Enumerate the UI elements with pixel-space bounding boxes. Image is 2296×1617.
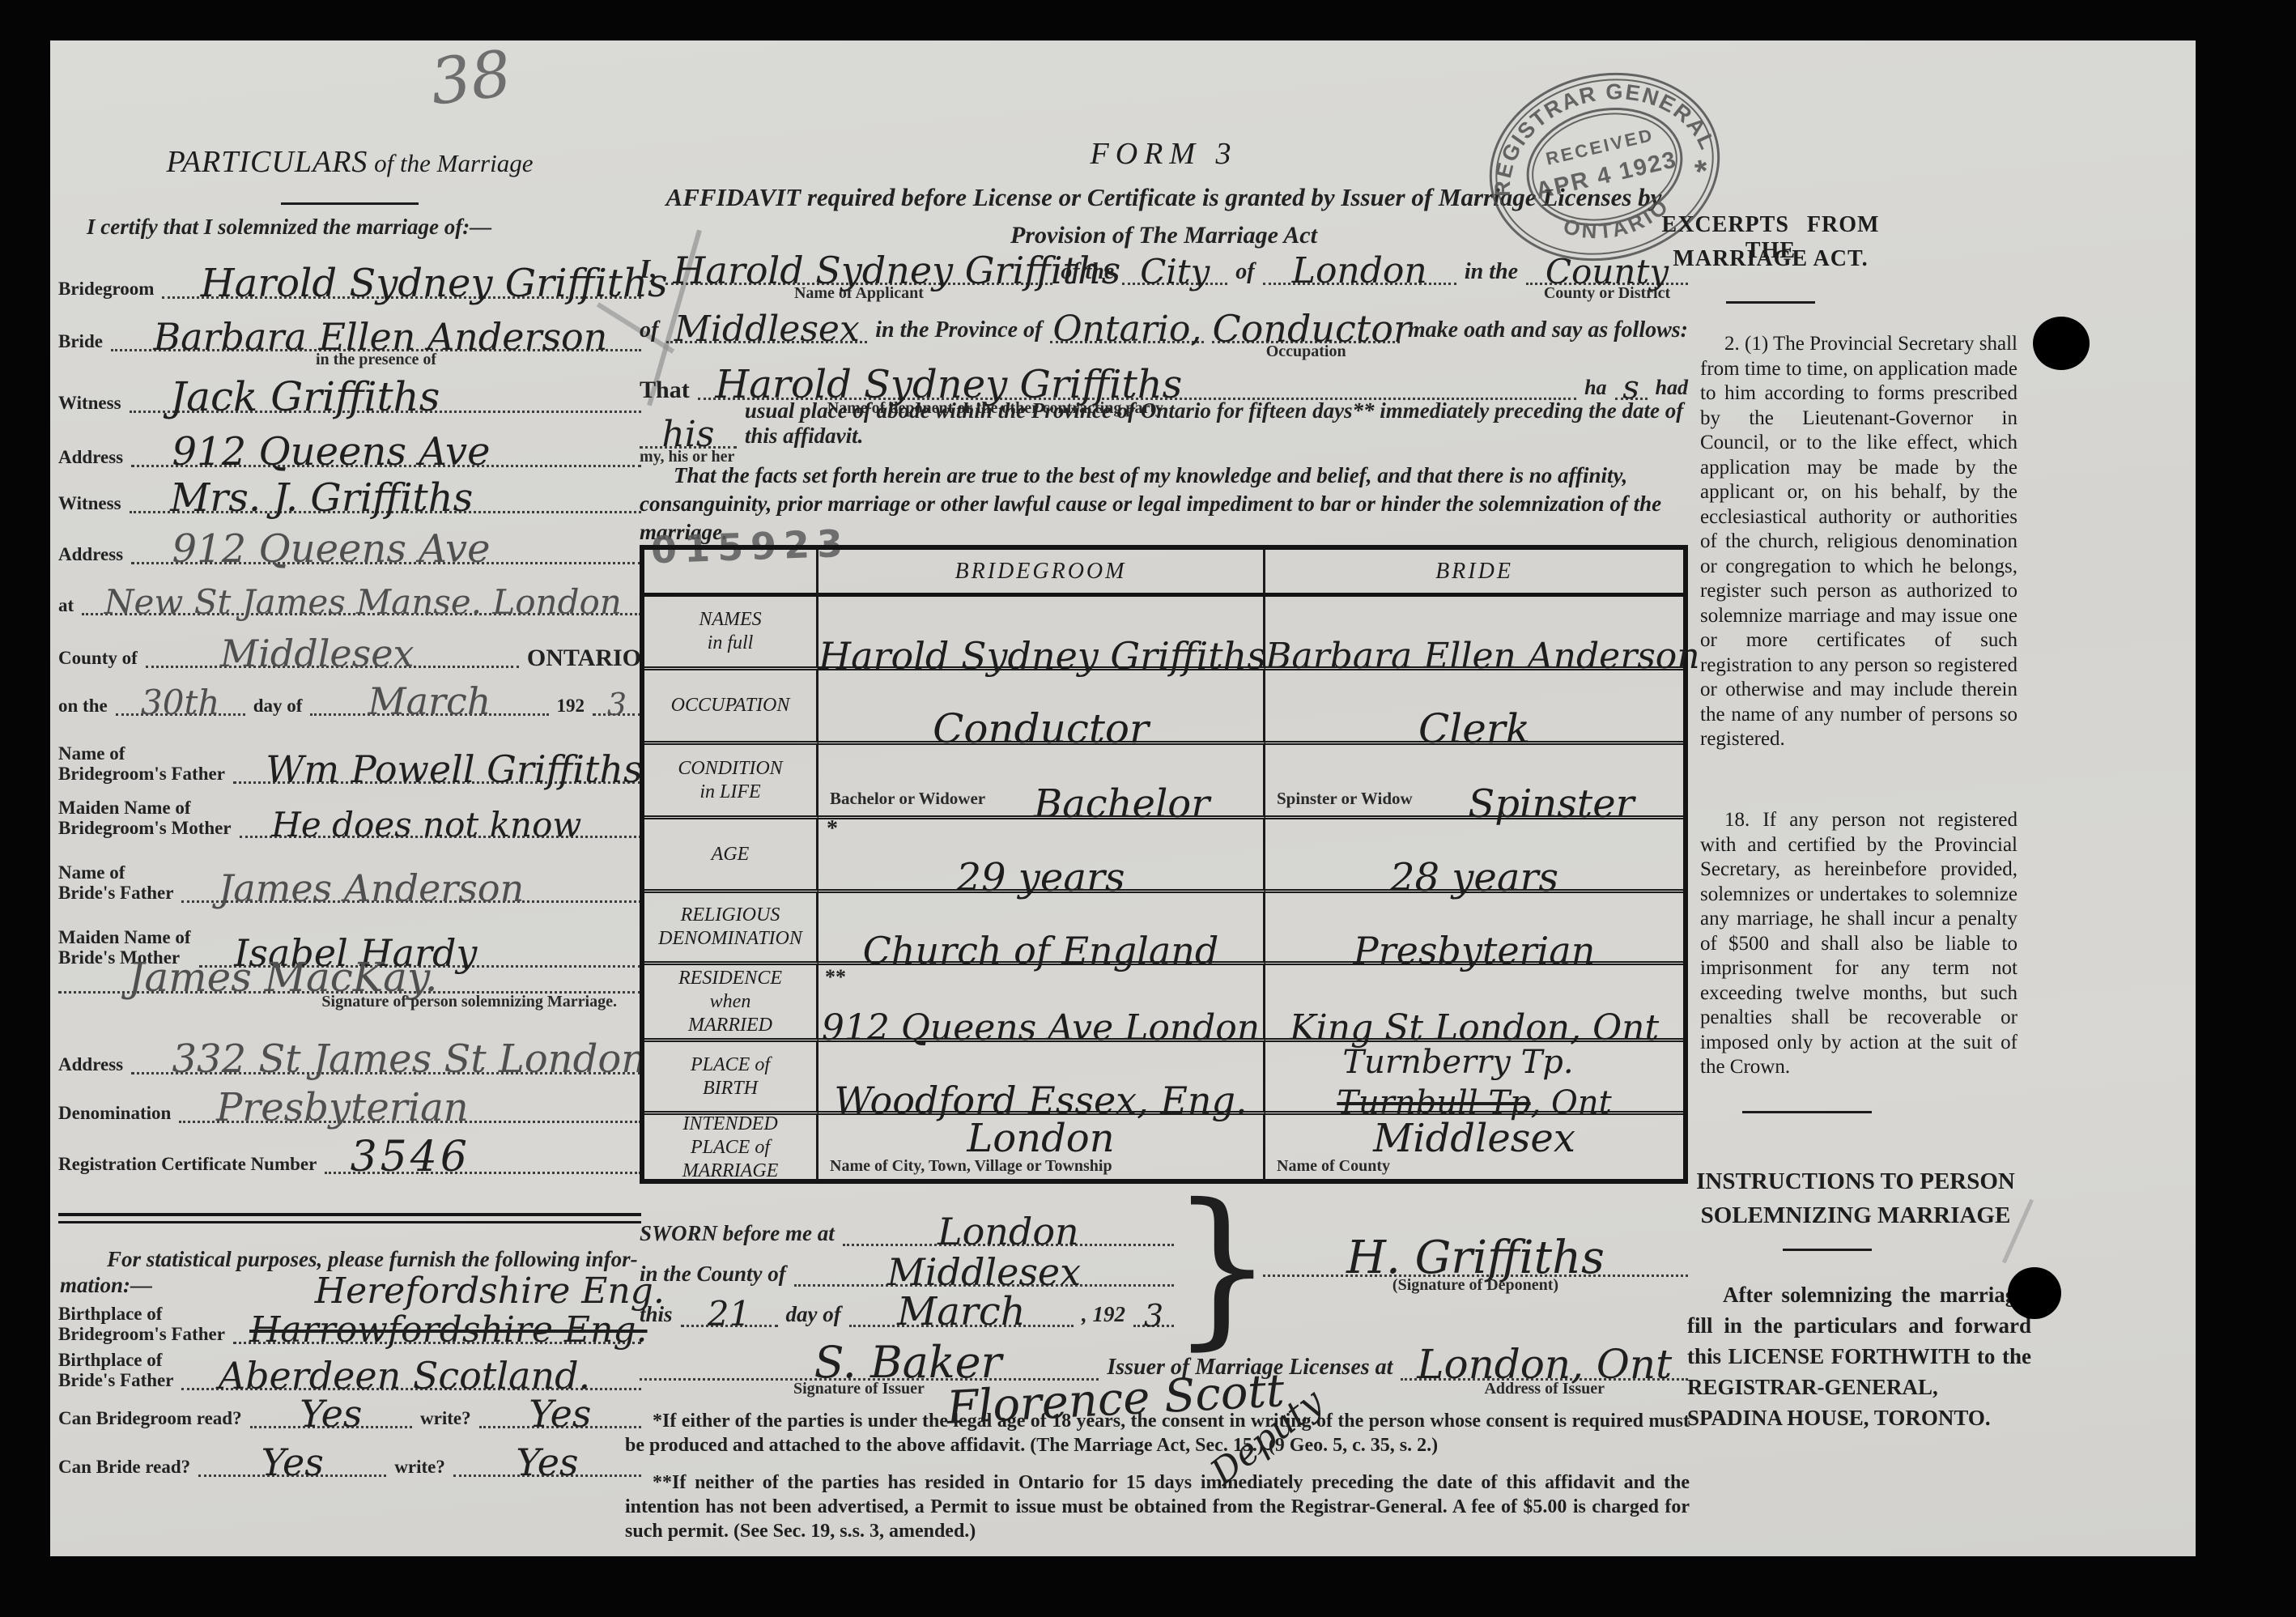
year-hw: 3 bbox=[593, 689, 641, 720]
witness2-line: Mrs. J. Griffiths bbox=[130, 507, 641, 513]
condition-bridegroom-cell: Bachelor or Widower Bachelor bbox=[818, 745, 1265, 819]
sworn-place-row: SWORN before me at London bbox=[640, 1214, 1174, 1246]
bridegroom-mother-row: Maiden Name of Bridegroom's Mother He do… bbox=[58, 798, 641, 838]
instructions-title-line1: INSTRUCTIONS TO PERSON bbox=[1686, 1164, 2026, 1198]
denomination-line: Presbyterian bbox=[179, 1117, 641, 1123]
age-bride-value: 28 years bbox=[1265, 858, 1683, 897]
religion-bridegroom-cell: Church of England bbox=[818, 893, 1265, 965]
witness2-value: Mrs. J. Griffiths bbox=[170, 479, 473, 517]
county-value: Middlesex bbox=[220, 635, 414, 672]
instructions-title: INSTRUCTIONS TO PERSON SOLEMNIZING MARRI… bbox=[1686, 1164, 2026, 1232]
particulars-title-caps: PARTICULARS bbox=[167, 145, 368, 179]
birthplace-bridegroom-father-line: Herefordshire Eng. Harrowfordshire Eng. bbox=[233, 1338, 641, 1344]
bridegroom-read-line: Yes bbox=[250, 1422, 412, 1428]
sworn-year-printed: , 192 bbox=[1082, 1302, 1125, 1327]
registration-number-row: Registration Certificate Number 3546 bbox=[58, 1154, 641, 1174]
sworn-place-line: London bbox=[843, 1240, 1174, 1246]
row-label-occupation: OCCUPATION bbox=[644, 670, 818, 745]
had-label: had bbox=[1656, 376, 1688, 400]
names-bridegroom-value: Harold Sydney Griffiths bbox=[818, 637, 1263, 674]
address3-line: 332 St James St London bbox=[131, 1068, 641, 1074]
names-bride-cell: Barbara Ellen Anderson bbox=[1265, 597, 1683, 670]
row-label-age: AGE bbox=[644, 819, 818, 893]
marriage-act-section-18: 18. If any person not registered with an… bbox=[1700, 808, 2018, 1080]
residence-bride-cell: King St London, Ont bbox=[1265, 965, 1683, 1042]
birthplace-bridegroom-father-label: Birthplace of Bridegroom's Father bbox=[58, 1304, 225, 1344]
address3-label: Address bbox=[58, 1054, 123, 1074]
year-line: 3 bbox=[593, 709, 641, 716]
bridegroom-mother-label: Maiden Name of Bridegroom's Mother bbox=[58, 798, 232, 838]
deponent-signature-row: H. Griffiths (Signature of Deponent) bbox=[1263, 1245, 1688, 1277]
particulars-title-rest: of the Marriage bbox=[368, 149, 533, 177]
place-value: London bbox=[1263, 253, 1456, 289]
birthplace-bridegroom-father-row: Birthplace of Bridegroom's Father Herefo… bbox=[58, 1304, 641, 1344]
occupation-bridegroom-cell: Conductor bbox=[818, 670, 1265, 745]
applicant-county-line: Middlesex bbox=[666, 337, 867, 343]
province-label: in the Province of bbox=[875, 317, 1042, 343]
solemnizer-signature-row: James MacKay. Signature of person solemn… bbox=[58, 987, 641, 994]
solemnizer-signature-line: James MacKay. Signature of person solemn… bbox=[58, 987, 641, 994]
applicant-i-label: I, bbox=[640, 254, 657, 285]
intended-county-note: Name of County bbox=[1277, 1157, 1390, 1176]
age-bride-cell: 28 years bbox=[1265, 819, 1683, 893]
can-bride-read-label: Can Bride read? bbox=[58, 1457, 190, 1477]
witness2-row: Witness Mrs. J. Griffiths bbox=[58, 493, 641, 513]
row-label-religion: RELIGIOUS DENOMINATION bbox=[644, 893, 818, 965]
bridegroom-mother-line: He does not know bbox=[240, 832, 641, 838]
issuer-signature: S. Baker bbox=[814, 1341, 1002, 1385]
bridegroom-line: Harold Sydney Griffiths bbox=[162, 292, 641, 299]
sworn-month-value: March bbox=[849, 1292, 1074, 1331]
bridegroom-father-label: Name of Bridegroom's Father bbox=[58, 743, 225, 784]
table-corner-cell bbox=[644, 550, 818, 597]
ontario-label: ONTARIO bbox=[527, 648, 641, 668]
abode-text: usual place of abode within the Province… bbox=[745, 398, 1688, 449]
denomination-label: Denomination bbox=[58, 1103, 171, 1123]
registration-number-label: Registration Certificate Number bbox=[58, 1154, 317, 1174]
birthplace-bride-father-line: Aberdeen Scotland. bbox=[181, 1384, 641, 1390]
instructions-paragraph: After solemnizing the marriage, fill in … bbox=[1687, 1279, 2031, 1433]
names-bridegroom-cell: Harold Sydney Griffiths bbox=[818, 597, 1265, 670]
bride-label: Bride bbox=[58, 331, 103, 351]
excerpts-title-rule bbox=[1726, 301, 1815, 304]
witness1-label: Witness bbox=[58, 393, 121, 413]
can-bride-read-row: Can Bride read? Yes write? Yes bbox=[58, 1457, 641, 1477]
can-bridegroom-read-label: Can Bridegroom read? bbox=[58, 1408, 242, 1428]
deponent-signature-sublabel: (Signature of Deponent) bbox=[1263, 1277, 1688, 1294]
bridegroom-father-line: Wm Powell Griffiths bbox=[233, 777, 641, 784]
age-bridegroom-cell: * 29 years bbox=[818, 819, 1265, 893]
bridegroom-row: Bridegroom Harold Sydney Griffiths bbox=[58, 279, 641, 299]
denomination-value: Presbyterian bbox=[216, 1088, 469, 1127]
birthplace-bride-composite: Turnbull Tp, Ont bbox=[1265, 1087, 1683, 1119]
bride-read-value: Yes bbox=[198, 1444, 386, 1481]
abode-line: his my, his or her usual place of abode … bbox=[640, 415, 1688, 449]
certify-line: I certify that I solemnized the marriage… bbox=[87, 215, 491, 240]
month-line: March bbox=[310, 709, 548, 716]
instructions-text-bold1: LICENSE FORTHWITH bbox=[1728, 1344, 1971, 1368]
province-value: Ontario, bbox=[1050, 312, 1204, 347]
registration-number-line: 3546 bbox=[325, 1168, 641, 1174]
denomination-row: Denomination Presbyterian bbox=[58, 1103, 641, 1123]
birthplace-corrected-value: Herefordshire Eng. bbox=[315, 1274, 665, 1309]
stamp-asterisk: * bbox=[1692, 153, 1712, 190]
religion-bride-cell: Presbyterian bbox=[1265, 893, 1683, 965]
married-at-line: New St James Manse. London bbox=[82, 609, 641, 615]
issuer-address-sublabel: Address of Issuer bbox=[1401, 1381, 1688, 1398]
address1-row: Address 912 Queens Ave bbox=[58, 447, 641, 467]
residence-bridegroom-value: 912 Queens Ave London bbox=[818, 1011, 1263, 1046]
married-at-label: at bbox=[58, 595, 74, 615]
county-or-district-line: County County or District bbox=[1526, 279, 1688, 285]
sworn-block: SWORN before me at London in the County … bbox=[640, 1219, 1688, 1437]
birthplace-bride-father-label: Birthplace of Bride's Father bbox=[58, 1350, 173, 1390]
occupation-bridegroom-value: Conductor bbox=[818, 709, 1263, 749]
presence-sublabel: in the presence of bbox=[111, 351, 641, 368]
day-line: 30th bbox=[116, 709, 245, 716]
address2-label: Address bbox=[58, 544, 123, 564]
address2-value: 912 Queens Ave bbox=[172, 530, 491, 568]
county-line: Middlesex bbox=[146, 662, 519, 668]
residence-bride-value: King St London, Ont bbox=[1265, 1011, 1683, 1046]
excerpts-title-line2: MARRIAGE ACT. bbox=[1657, 246, 1884, 272]
names-bride-value: Barbara Ellen Anderson bbox=[1265, 639, 1683, 674]
stat-intro-line1: For statistical purposes, please furnish… bbox=[107, 1247, 638, 1272]
right-section-rule bbox=[1742, 1111, 1872, 1113]
witness1-row: Witness Jack Griffiths bbox=[58, 393, 641, 413]
bridegroom-mother-value: He does not know bbox=[271, 808, 581, 842]
footnotes-block: *If either of the parties is under the l… bbox=[625, 1409, 1690, 1556]
section-divider-double-rule bbox=[58, 1213, 641, 1223]
sworn-day-value: 21 bbox=[681, 1297, 778, 1331]
day-value: 30th bbox=[116, 686, 245, 720]
pencil-number-annotation: 38 bbox=[427, 37, 515, 119]
bridegroom-label: Bridegroom bbox=[58, 279, 154, 299]
particulars-title: PARTICULARS of the Marriage bbox=[58, 144, 641, 180]
scanned-document-stage: 38 PARTICULARS of the Marriage I certify… bbox=[0, 0, 2296, 1617]
sworn-date-row: this 21 day of March , 192 3 bbox=[640, 1295, 1174, 1327]
intended-bride-cell: Middlesex Name of County bbox=[1265, 1115, 1683, 1181]
city-value: City bbox=[1122, 255, 1227, 289]
stat-intro-line2: mation:— bbox=[60, 1273, 152, 1298]
province-line: Ontario, bbox=[1050, 337, 1204, 343]
birthplace-bride-father-value: Aberdeen Scotland. bbox=[219, 1357, 590, 1394]
address1-label: Address bbox=[58, 447, 123, 467]
marriage-act-section-2: 2. (1) The Provincial Secretary shall fr… bbox=[1700, 332, 2018, 752]
occupation-bride-cell: Clerk bbox=[1265, 670, 1683, 745]
sworn-place-value: London bbox=[843, 1213, 1174, 1250]
of-label: of bbox=[1235, 259, 1254, 285]
on-the-label: on the bbox=[58, 696, 108, 716]
issuer-address-line: London, Ont Address of Issuer bbox=[1401, 1374, 1688, 1381]
married-at-value: New St James Manse. London bbox=[104, 585, 622, 619]
marriage-date-row: on the 30th day of March 192 3 bbox=[58, 696, 641, 716]
instructions-rule bbox=[1783, 1249, 1872, 1251]
residence-bridegroom-cell: ** 912 Queens Ave London bbox=[818, 965, 1265, 1042]
row-label-birthplace: PLACE of BIRTH bbox=[644, 1042, 818, 1115]
registration-number-value: 3546 bbox=[351, 1136, 470, 1178]
footnote-legal-age: *If either of the parties is under the l… bbox=[625, 1409, 1690, 1457]
bridegroom-write-line: Yes bbox=[479, 1422, 641, 1428]
intended-city-value: London bbox=[818, 1119, 1263, 1158]
bride-father-value: James Anderson bbox=[219, 870, 524, 907]
issuer-address-value: London, Ont bbox=[1401, 1344, 1688, 1385]
county-label: County of bbox=[58, 648, 138, 668]
occupation-sublabel: Occupation bbox=[1212, 343, 1399, 360]
address2-row: Address 912 Queens Ave bbox=[58, 544, 641, 564]
birthplace-bride-father-row: Birthplace of Bride's Father Aberdeen Sc… bbox=[58, 1350, 641, 1390]
religion-bride-value: Presbyterian bbox=[1265, 932, 1683, 969]
witness1-value: Jack Griffiths bbox=[170, 377, 440, 417]
bridegroom-read-value: Yes bbox=[250, 1395, 412, 1432]
condition-bride-cell: Spinster or Widow Spinster bbox=[1265, 745, 1683, 819]
bride-read-line: Yes bbox=[198, 1470, 386, 1477]
bride-father-row: Name of Bride's Father James Anderson bbox=[58, 862, 641, 903]
solemnizer-signature: James MacKay. bbox=[128, 957, 437, 998]
instructions-text-bold2: REGISTRAR-GENERAL, SPADINA HOUSE, TORONT… bbox=[1687, 1375, 1991, 1430]
make-oath-label: make oath and say as follows: bbox=[1408, 317, 1688, 343]
bridegroom-bride-table: BRIDEGROOM BRIDE NAMES in full Harold Sy… bbox=[640, 545, 1688, 1184]
sworn-before-label: SWORN before me at bbox=[640, 1221, 835, 1246]
religion-bridegroom-value: Church of England bbox=[818, 932, 1263, 969]
ha-label: ha bbox=[1584, 376, 1606, 400]
sworn-dayof-label: day of bbox=[786, 1302, 841, 1327]
birthplace-bride-corrected: Turnberry Tp. bbox=[1233, 1046, 1683, 1079]
occupation-bride-value: Clerk bbox=[1265, 709, 1683, 749]
deponent-signature: H. Griffiths bbox=[1263, 1236, 1688, 1281]
title-rule bbox=[281, 202, 419, 205]
sworn-month-line: March bbox=[849, 1321, 1074, 1327]
sworn-county-value: Middlesex bbox=[794, 1253, 1174, 1291]
sworn-brace: } bbox=[1171, 1182, 1273, 1352]
his-line: his my, his or her bbox=[640, 442, 737, 449]
address3-value: 332 St James St London bbox=[172, 1040, 647, 1079]
condition-bride-value: Spinster bbox=[1419, 785, 1683, 823]
birthplace-bridegroom-cell: Woodford Essex, Eng. bbox=[818, 1042, 1265, 1115]
intended-city-note: Name of City, Town, Village or Township bbox=[830, 1157, 1112, 1176]
county-row: County of Middlesex ONTARIO bbox=[58, 648, 641, 668]
bridegroom-write-value: Yes bbox=[479, 1395, 641, 1432]
bride-write-line: Yes bbox=[453, 1470, 641, 1477]
age-footnote-marker: * bbox=[827, 816, 838, 842]
address1-value: 912 Queens Ave bbox=[172, 432, 491, 471]
sworn-county-label: in the County of bbox=[640, 1262, 786, 1287]
address3-row: Address 332 St James St London bbox=[58, 1054, 641, 1074]
punch-hole-icon bbox=[2033, 317, 2090, 370]
place-line: London bbox=[1263, 279, 1456, 285]
witness2-label: Witness bbox=[58, 493, 121, 513]
footnote-residency: **If neither of the parties has resided … bbox=[625, 1470, 1690, 1543]
sworn-county-row: in the County of Middlesex bbox=[640, 1254, 1174, 1287]
bride-line: Barbara Ellen Anderson in the presence o… bbox=[111, 345, 641, 351]
row-label-condition: CONDITION in LIFE bbox=[644, 745, 818, 819]
sworn-this-label: this bbox=[640, 1302, 673, 1327]
county-or-district-sublabel: County or District bbox=[1526, 285, 1688, 302]
bride-row: Bride Barbara Ellen Anderson in the pres… bbox=[58, 331, 641, 351]
birthplace-struck-value: Harrowfordshire Eng. bbox=[249, 1313, 647, 1348]
bridegroom-write-label: write? bbox=[420, 1408, 471, 1428]
row-label-names: NAMES in full bbox=[644, 597, 818, 670]
instructions-text-mid: to the bbox=[1970, 1344, 2031, 1368]
birthplace-bridegroom-value: Woodford Essex, Eng. bbox=[818, 1082, 1263, 1119]
spinster-widow-sublabel: Spinster or Widow bbox=[1277, 789, 1413, 809]
birthplace-bride-cell: Turnberry Tp. Turnbull Tp, Ont bbox=[1265, 1042, 1683, 1115]
bridegroom-father-row: Name of Bridegroom's Father Wm Powell Gr… bbox=[58, 743, 641, 784]
applicant-county-value: Middlesex bbox=[666, 312, 867, 347]
witness1-line: Jack Griffiths bbox=[130, 406, 641, 413]
day-of-label: day of bbox=[253, 696, 303, 716]
row-label-intended-place: INTENDED PLACE of MARRIAGE bbox=[644, 1115, 818, 1181]
of2-label: of bbox=[640, 317, 658, 343]
solemnizer-signature-sublabel: Signature of person solemnizing Marriage… bbox=[58, 994, 641, 1011]
residence-footnote-marker: ** bbox=[825, 965, 846, 989]
city-line: City bbox=[1122, 279, 1227, 285]
that-label: That bbox=[640, 380, 690, 400]
row-label-residence: RESIDENCE when MARRIED bbox=[644, 965, 818, 1042]
instructions-title-line2: SOLEMNIZING MARRIAGE bbox=[1686, 1198, 2026, 1232]
marriage-affidavit-page: 38 PARTICULARS of the Marriage I certify… bbox=[50, 40, 2196, 1556]
bride-write-label: write? bbox=[394, 1457, 445, 1477]
deponent-signature-line: H. Griffiths (Signature of Deponent) bbox=[1263, 1270, 1688, 1277]
sworn-year-hw: 3 bbox=[1133, 1300, 1174, 1331]
bridegroom-value: Harold Sydney Griffiths bbox=[201, 264, 668, 303]
bride-father-label: Name of Bride's Father bbox=[58, 862, 173, 903]
column-header-bridegroom: BRIDEGROOM bbox=[818, 550, 1265, 597]
year-printed: 192 bbox=[557, 696, 585, 716]
column-header-bride: BRIDE bbox=[1265, 550, 1683, 597]
sworn-day-line: 21 bbox=[681, 1321, 778, 1327]
bride-father-line: James Anderson bbox=[181, 896, 641, 903]
bridegroom-father-value: Wm Powell Griffiths bbox=[266, 751, 642, 788]
bride-write-value: Yes bbox=[453, 1444, 641, 1481]
age-bridegroom-value: 29 years bbox=[818, 858, 1263, 897]
sworn-county-line: Middlesex bbox=[794, 1280, 1174, 1287]
applicant-name-sublabel: Name of Applicant bbox=[665, 285, 1052, 302]
address1-line: 912 Queens Ave bbox=[131, 461, 641, 467]
month-value: March bbox=[310, 683, 548, 720]
can-bridegroom-read-row: Can Bridegroom read? Yes write? Yes bbox=[58, 1408, 641, 1428]
married-at-row: at New St James Manse. London bbox=[58, 595, 641, 615]
occupation-line: Conductor Occupation bbox=[1212, 337, 1399, 343]
applicant-name-line: Harold Sydney Griffiths Name of Applican… bbox=[665, 279, 1052, 285]
address2-line: 912 Queens Ave bbox=[131, 558, 641, 564]
bachelor-widower-sublabel: Bachelor or Widower bbox=[830, 789, 985, 809]
punch-hole-icon bbox=[2008, 1267, 2061, 1319]
condition-bridegroom-value: Bachelor bbox=[980, 785, 1263, 823]
deponent-line: That Harold Sydney Griffiths Name of dep… bbox=[640, 363, 1688, 400]
sworn-year-line: 3 bbox=[1133, 1321, 1174, 1327]
county-province-occupation-line: of Middlesex in the Province of Ontario,… bbox=[640, 308, 1688, 343]
intended-county-value: Middlesex bbox=[1265, 1119, 1683, 1158]
